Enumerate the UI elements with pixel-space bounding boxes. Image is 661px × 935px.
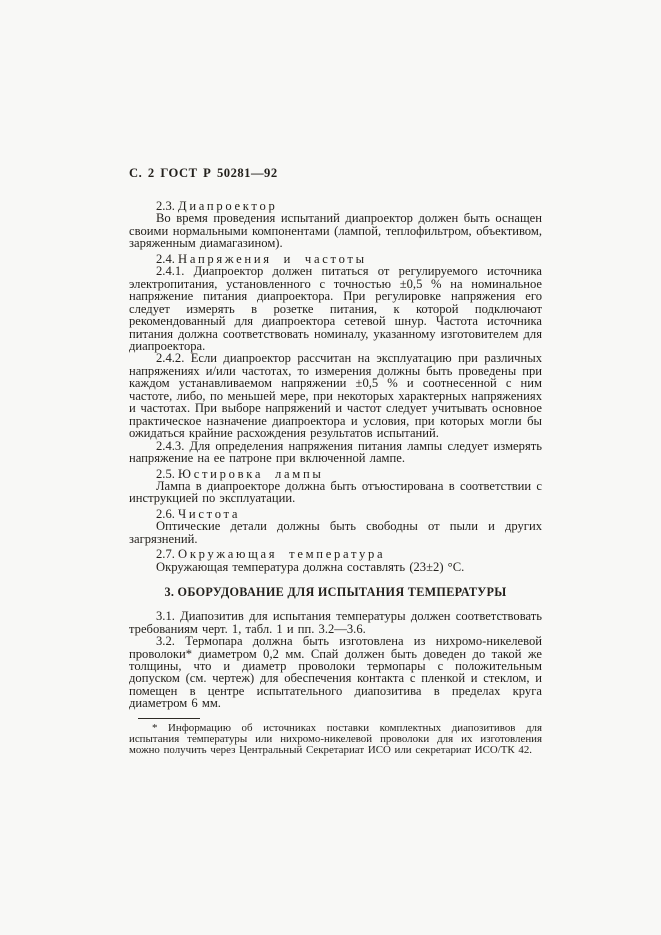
paragraph-2-6: Оптические детали должны быть свободны о… [129, 520, 542, 545]
footnote-divider [138, 718, 200, 719]
paragraph-2-4-3: 2.4.3. Для определения напряжения питани… [129, 440, 542, 465]
paragraph-2-3: Во время проведения испытаний диапроекто… [129, 212, 542, 249]
paragraph-3-2: 3.2. Термопара должна быть изготовлена и… [129, 635, 542, 710]
scanned-document-page: С. 2 ГОСТ Р 50281—92 2.3. Диапроектор Во… [0, 0, 661, 935]
paragraph-2-4-1: 2.4.1. Диапроектор должен питаться от ре… [129, 265, 542, 352]
paragraph-2-7: Окружающая температура должна составлять… [129, 561, 542, 573]
paragraph-3-1: 3.1. Диапозитив для испытания температур… [129, 610, 542, 635]
paragraph-2-5: Лампа в диапроекторе должна быть отъюсти… [129, 480, 542, 505]
paragraph-2-4-2: 2.4.2. Если диапроектор рассчитан на экс… [129, 352, 542, 439]
heading-2-7: 2.7. Окружающая температура [129, 548, 542, 560]
footnote: * Информацию об источниках поставки комп… [129, 723, 542, 757]
page-header: С. 2 ГОСТ Р 50281—92 [129, 166, 542, 181]
section-3-heading: 3. ОБОРУДОВАНИЕ ДЛЯ ИСПЫТАНИЯ ТЕМПЕРАТУР… [129, 586, 542, 599]
text-block: С. 2 ГОСТ Р 50281—92 2.3. Диапроектор Во… [129, 166, 542, 757]
